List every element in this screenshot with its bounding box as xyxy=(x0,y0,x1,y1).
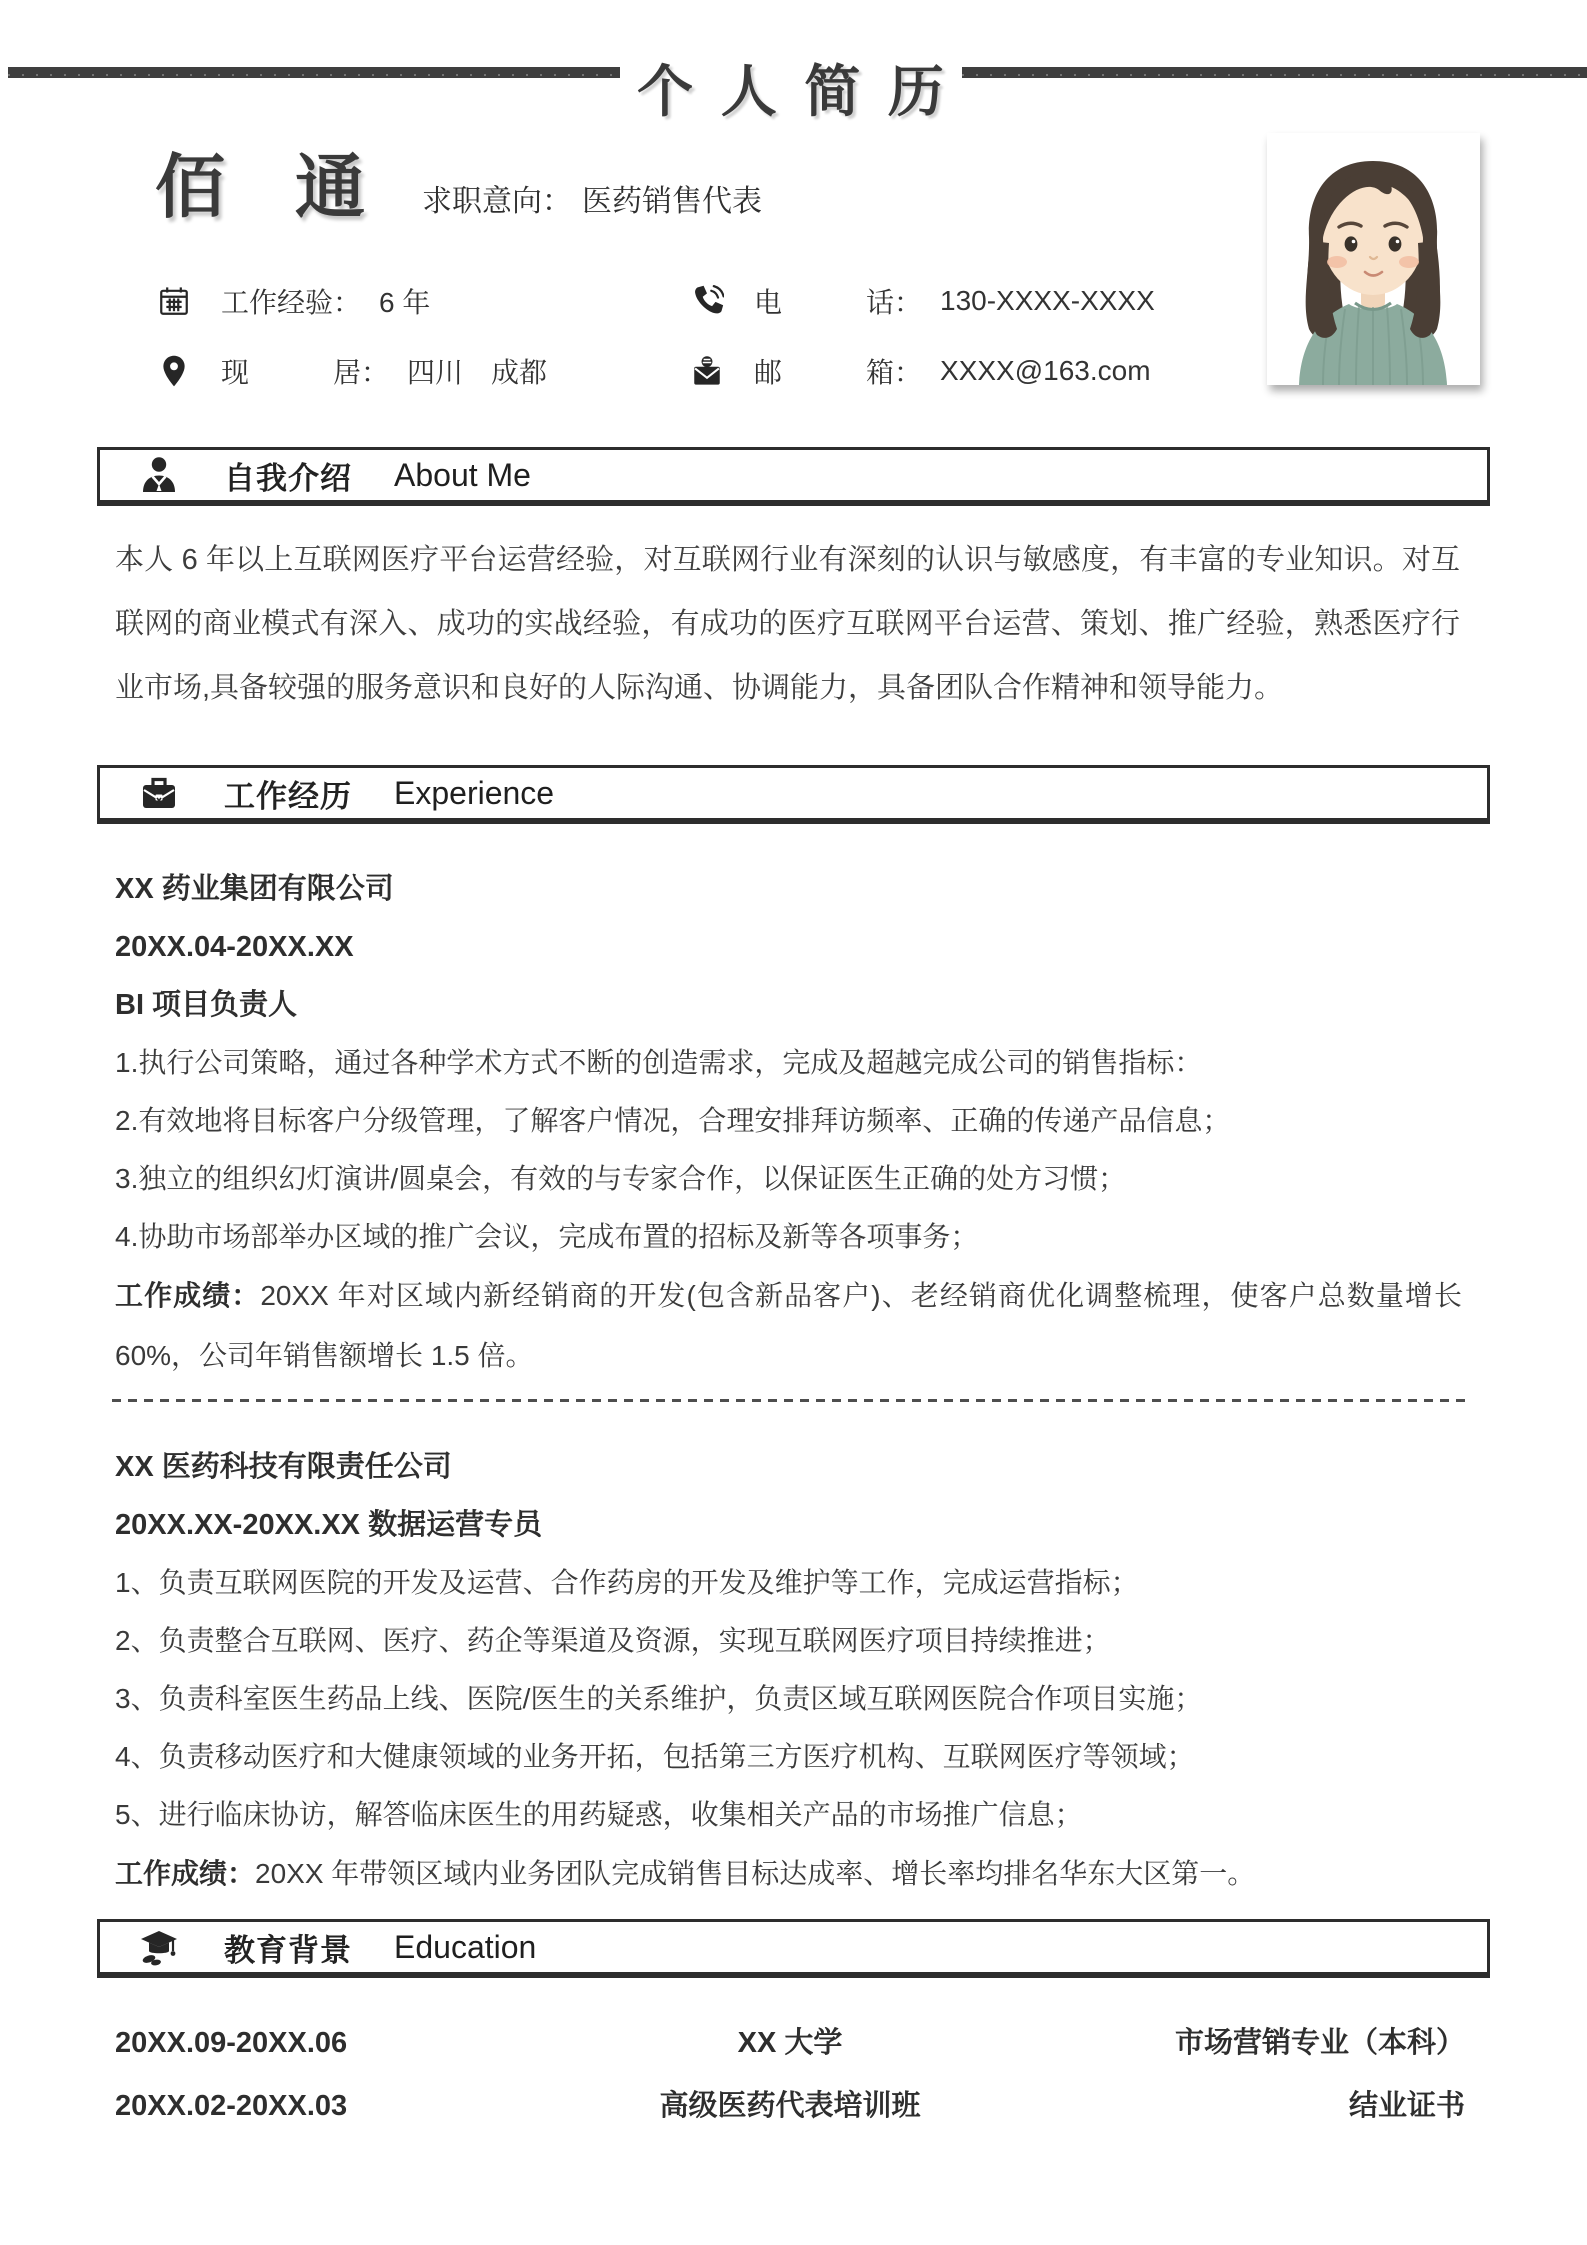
job-intention-value: 医药销售代表 xyxy=(582,185,762,218)
job1-item: 3.独立的组织幻灯演讲/圆桌会，有效的与专家合作，以保证医生正确的处方习惯； xyxy=(115,1150,1462,1208)
dashed-divider xyxy=(112,1399,1467,1402)
section-title-zh: 自我介绍 xyxy=(224,453,352,498)
job2-item: 2、负责整合互联网、医疗、药企等渠道及资源，实现互联网医疗项目持续推进； xyxy=(115,1612,1462,1670)
section-header-experience: 工作经历 Experience xyxy=(97,765,1490,824)
location-pin-icon xyxy=(155,351,193,391)
education-row: 20XX.02-20XX.03 高级医药代表培训班 结业证书 xyxy=(115,2075,1465,2138)
job2-period-role: 20XX.XX-20XX.XX 数据运营专员 xyxy=(115,1496,1462,1554)
education-period: 20XX.09-20XX.06 xyxy=(115,2012,520,2075)
job2-item: 5、进行临床协访，解答临床医生的用药疑惑，收集相关产品的市场推广信息； xyxy=(115,1786,1462,1844)
section-title-zh: 教育背景 xyxy=(224,1925,352,1970)
about-paragraph: 本人 6 年以上互联网医疗平台运营经验，对互联网行业有深刻的认识与敏感度，有丰富… xyxy=(115,528,1460,720)
job2-item: 4、负责移动医疗和大健康领域的业务开拓，包括第三方医疗机构、互联网医疗等领域； xyxy=(115,1728,1462,1786)
section-title-en: About Me xyxy=(394,457,531,494)
section-title-en: Experience xyxy=(394,775,554,812)
person-icon xyxy=(138,453,180,497)
candidate-name: 佰 通 xyxy=(155,142,365,232)
contact-residence: 现 居：四川 成都 xyxy=(155,351,547,391)
contact-phone: 电 话：130-XXXX-XXXX xyxy=(688,281,1155,321)
education-row: 20XX.09-20XX.06 XX 大学 市场营销专业（本科） xyxy=(115,2012,1465,2075)
job2-achievement: 工作成绩：20XX 年带领区域内业务团队完成销售目标达成率、增长率均排名华东大区… xyxy=(115,1844,1462,1904)
work-experience-label: 工作经验： xyxy=(221,281,361,321)
work-experience-value: 6 年 xyxy=(379,281,430,321)
avatar-illustration xyxy=(1267,133,1480,385)
section-header-about: 自我介绍 About Me xyxy=(97,447,1490,506)
job1-achievement: 工作成绩：20XX 年对区域内新经销商的开发(包含新品客户)、老经销商优化调整梳… xyxy=(115,1266,1462,1386)
residence-label: 现 居： xyxy=(221,351,389,391)
achievement-text: 20XX 年对区域内新经销商的开发(包含新品客户)、老经销商优化调整梳理，使客户… xyxy=(115,1280,1462,1371)
phone-label: 电 话： xyxy=(754,281,922,321)
achievement-label: 工作成绩： xyxy=(115,1858,255,1889)
email-value: XXXX@163.com xyxy=(940,355,1151,387)
job-entry-2: XX 医药科技有限责任公司 20XX.XX-20XX.XX 数据运营专员 1、负… xyxy=(115,1438,1462,1904)
residence-value: 四川 成都 xyxy=(407,351,547,391)
calendar-icon xyxy=(155,281,193,321)
achievement-label: 工作成绩： xyxy=(115,1280,260,1311)
education-institution: XX 大学 xyxy=(520,2012,1060,2075)
job1-role: BI 项目负责人 xyxy=(115,976,1462,1034)
email-label: 邮 箱： xyxy=(754,351,922,391)
job2-item: 3、负责科室医生药品上线、医院/医生的关系维护，负责区域互联网医院合作项目实施； xyxy=(115,1670,1462,1728)
job1-item: 4.协助市场部举办区域的推广会议，完成布置的招标及新等各项事务； xyxy=(115,1208,1462,1266)
resume-page: 个 人 简 历 佰 通 求职意向：医药销售代表 工作经验：6 年 电 话：130… xyxy=(0,0,1587,2245)
achievement-text: 20XX 年带领区域内业务团队完成销售目标达成率、增长率均排名华东大区第一。 xyxy=(255,1858,1255,1889)
contact-work-experience: 工作经验：6 年 xyxy=(155,281,430,321)
education-institution: 高级医药代表培训班 xyxy=(520,2075,1060,2138)
job-intention: 求职意向：医药销售代表 xyxy=(422,176,762,220)
job1-item: 2.有效地将目标客户分级管理，了解客户情况，合理安排拜访频率、正确的传递产品信息… xyxy=(115,1092,1462,1150)
phone-icon xyxy=(688,281,726,321)
job1-period: 20XX.04-20XX.XX xyxy=(115,918,1462,976)
job-entry-1: XX 药业集团有限公司 20XX.04-20XX.XX BI 项目负责人 1.执… xyxy=(115,860,1462,1386)
envelope-icon xyxy=(688,351,726,391)
briefcase-icon xyxy=(138,771,180,815)
job2-company: XX 医药科技有限责任公司 xyxy=(115,1438,1462,1496)
profile-photo xyxy=(1267,133,1480,385)
education-result: 结业证书 xyxy=(1060,2075,1465,2138)
graduation-cap-icon xyxy=(138,1925,180,1969)
education-period: 20XX.02-20XX.03 xyxy=(115,2075,520,2138)
section-header-education: 教育背景 Education xyxy=(97,1919,1490,1978)
section-title-zh: 工作经历 xyxy=(224,771,352,816)
education-result: 市场营销专业（本科） xyxy=(1060,2012,1465,2075)
section-title-en: Education xyxy=(394,1929,536,1966)
page-title: 个 人 简 历 xyxy=(0,48,1587,128)
job1-company: XX 药业集团有限公司 xyxy=(115,860,1462,918)
contact-email: 邮 箱：XXXX@163.com xyxy=(688,351,1151,391)
education-table: 20XX.09-20XX.06 XX 大学 市场营销专业（本科） 20XX.02… xyxy=(115,2012,1465,2138)
job2-item: 1、负责互联网医院的开发及运营、合作药房的开发及维护等工作，完成运营指标； xyxy=(115,1554,1462,1612)
job1-item: 1.执行公司策略，通过各种学术方式不断的创造需求，完成及超越完成公司的销售指标： xyxy=(115,1034,1462,1092)
phone-value: 130-XXXX-XXXX xyxy=(940,285,1155,317)
job-intention-label: 求职意向： xyxy=(422,185,572,218)
